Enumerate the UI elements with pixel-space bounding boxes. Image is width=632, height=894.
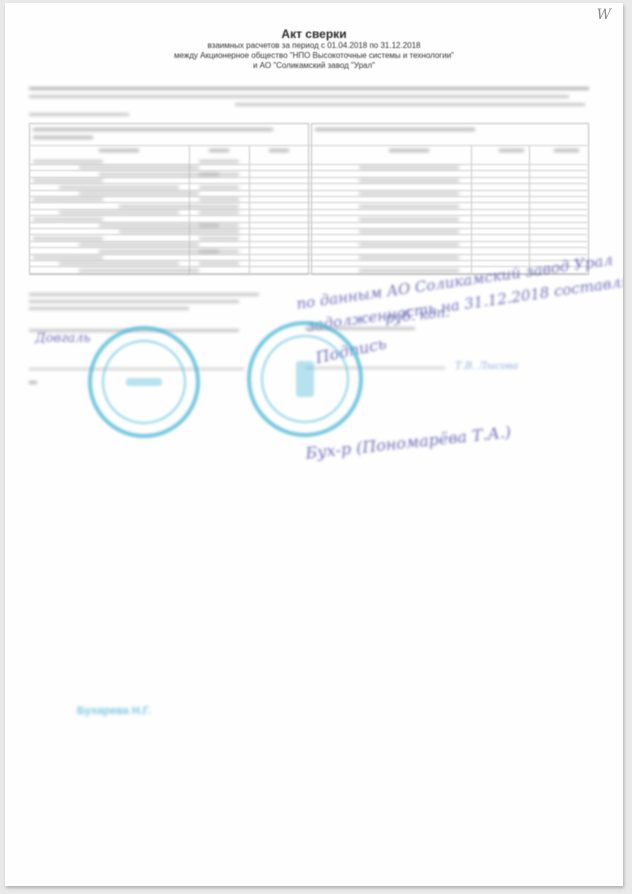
- table-row-divider: [29, 234, 587, 235]
- table-row-divider: [29, 254, 587, 255]
- document-party-1: между Акционерное общество "НПО Высокото…: [5, 51, 623, 60]
- table-row-divider: [29, 196, 587, 197]
- document-period: взаимных расчетов за период с 01.04.2018…: [5, 41, 623, 50]
- table-row-divider: [29, 190, 587, 191]
- table-row-divider: [29, 260, 587, 261]
- company-seal-left: [88, 326, 200, 438]
- table-row-divider: [29, 222, 587, 223]
- table-row-divider: [29, 247, 587, 248]
- table-row-divider: [29, 177, 587, 178]
- table-row-divider: [29, 215, 587, 216]
- footer-signature: Бухарева Н.Г.: [77, 705, 151, 717]
- table-row-divider: [29, 183, 587, 184]
- scanned-document-page: W Акт сверки взаимных расчетов за период…: [5, 3, 623, 886]
- table-row-divider: [29, 241, 587, 242]
- company-seal-right: [247, 321, 363, 437]
- signer-right-name: Т.В. Лысова: [455, 361, 518, 372]
- table-row-divider: [29, 228, 587, 229]
- table-row-divider: [29, 164, 587, 165]
- document-party-2: и АО "Соликамский завод "Урал": [5, 61, 623, 70]
- corner-mark: W: [597, 7, 611, 23]
- signature-left: Довгаль: [35, 331, 91, 346]
- table-row-divider: [29, 202, 587, 203]
- table-row-divider: [29, 170, 587, 171]
- handwritten-bottom-note: Бух-р (Пономарёва Т.А.): [305, 422, 512, 462]
- document-title: Акт сверки: [5, 27, 623, 41]
- reconciliation-table: [29, 123, 589, 278]
- table-row-divider: [29, 209, 587, 210]
